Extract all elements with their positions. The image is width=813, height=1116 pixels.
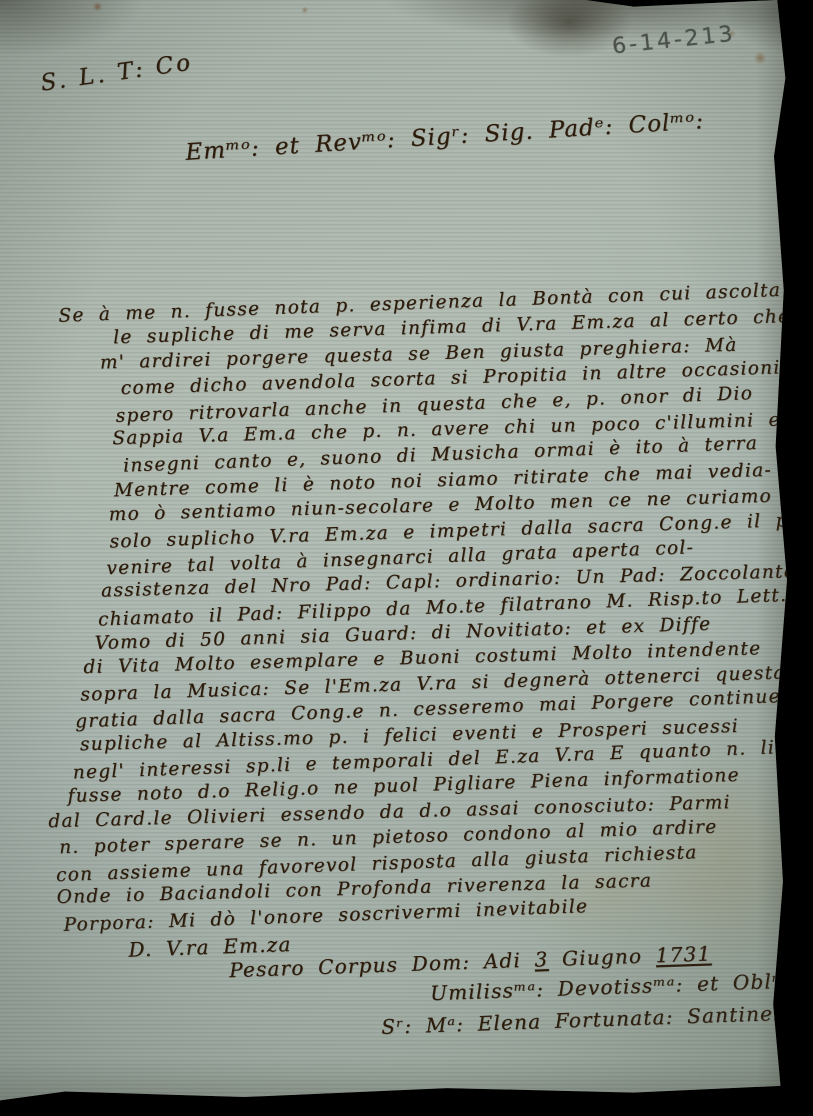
dateline-month: Giugno: [562, 944, 643, 971]
registry-mark: S. L. T: Co: [39, 49, 195, 96]
scan-background: 6-14-213 S. L. T: Co Emᵐᵒ: et Revᵐᵒ: Sig…: [0, 0, 813, 1116]
dateline-year: 1731: [655, 941, 712, 967]
dateline-day: 3: [534, 947, 549, 971]
signature-line-1: Umilissᵐᵃ: Devotissᵐᵃ: et Oblᵐᵃ: serva: [430, 968, 813, 1005]
signature-line-2: Sʳ: Mᵃ: Elena Fortunata: Santinelli: [381, 1000, 813, 1039]
salutation-line: Emᵐᵒ: et Revᵐᵒ: Sigʳ: Sig. Padᵉ: Colᵐᵒ:: [185, 108, 705, 166]
archival-number: 6-14-213: [611, 22, 737, 60]
letter-body: Se à me n. fusse nota p. esperienza la B…: [0, 278, 813, 938]
paper-sheet: 6-14-213 S. L. T: Co Emᵐᵒ: et Revᵐᵒ: Sig…: [0, 0, 813, 1116]
